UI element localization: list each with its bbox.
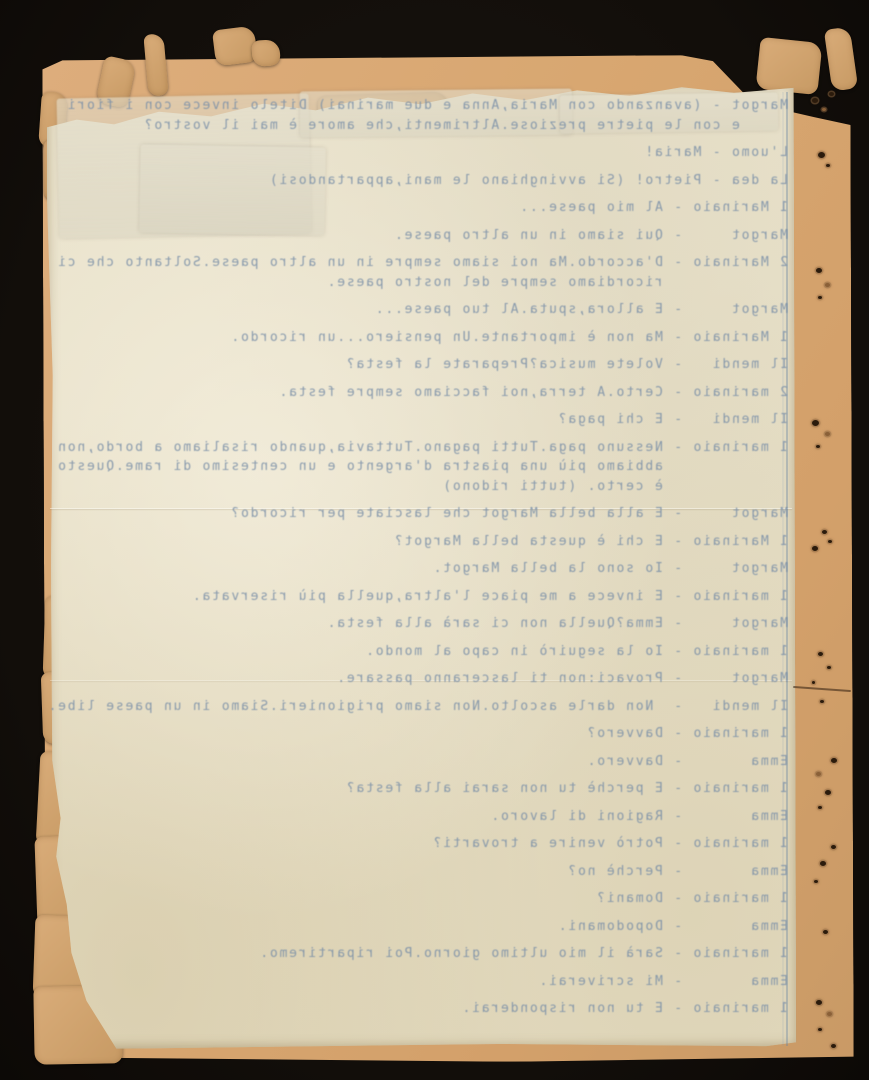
script-line: 1 marinaio - Nessuno paga.Tutti pagano.T…: [52, 438, 788, 458]
script-line: Margot - Qui siamo in un altro paese.: [52, 226, 788, 246]
worm-hole: [816, 772, 821, 776]
worm-hole: [831, 1044, 836, 1048]
worm-hole: [812, 546, 818, 551]
worm-hole: [820, 861, 826, 866]
script-line: e con le pietre preziose.Altrimenti,che …: [52, 116, 788, 136]
worm-hole: [831, 845, 836, 849]
worm-hole: [825, 790, 831, 795]
script-line: 1 marinaio - E perchè tu non sarai alla …: [52, 779, 788, 799]
script-line: 2 marinaio - Certo.A terra,noi facciamo …: [52, 383, 788, 403]
worm-hole: [822, 530, 827, 534]
script-line: ricordiamo sempre del nostro paese.: [52, 273, 788, 293]
worm-hole: [818, 806, 822, 809]
script-line: Emma - Perchè no?: [52, 862, 788, 882]
worm-hole: [822, 108, 826, 111]
script-line: 1 Marinaio - E chi è questa bella Margot…: [52, 532, 788, 552]
script-line: 1 marinaio - Io la seguirò in capo al mo…: [52, 642, 788, 662]
script-line: 1 marinaio - Sarà il mio ultimo giorno.P…: [52, 944, 788, 964]
script-line: L'uomo - Maria!: [52, 143, 788, 163]
worm-hole: [812, 98, 818, 103]
worm-hole: [818, 296, 822, 299]
script-line: Emma - Ragioni di lavoro.: [52, 807, 788, 827]
worm-hole: [818, 652, 823, 656]
worm-hole: [831, 758, 837, 763]
worm-hole: [827, 1012, 832, 1016]
worm-hole: [812, 681, 815, 684]
script-line: Margot - Emma?Quella non ci sarà alla fe…: [52, 614, 788, 634]
script-line: 1 marinaio - Davvero?: [52, 724, 788, 744]
script-line: 1 marinaio - Potrò venire a trovarti?: [52, 834, 788, 854]
script-line: La dea - Pietro! (Si avvinghiano le mani…: [52, 171, 788, 191]
paper-fragment: [251, 39, 280, 66]
worm-hole: [818, 152, 825, 158]
worm-hole: [826, 164, 830, 167]
worm-hole: [818, 1028, 822, 1031]
worm-hole: [816, 268, 822, 273]
script-line: Margot - (avanzando con Maria,Anna e due…: [52, 96, 788, 116]
script-line: è certo. (tutti ridono): [52, 477, 788, 497]
script-line: 1 marinaio - E invece a me piace l'altra…: [52, 587, 788, 607]
paper-fragment: [143, 33, 168, 97]
worm-hole: [825, 432, 830, 436]
script-line: abbiamo più una piastra d'argento e un c…: [52, 457, 788, 477]
script-line: Margot - E allora,sputa.Al tuo paese...: [52, 300, 788, 320]
worm-hole: [829, 92, 834, 96]
worm-hole: [825, 283, 830, 287]
paper-fragment: [824, 26, 858, 91]
worm-hole: [820, 700, 824, 703]
script-line: 1 marinaio - Domani?: [52, 889, 788, 909]
script-line: Margot - Io sono la bella Margot.: [52, 559, 788, 579]
script-line: 1 Marinaio - Al mio paese...: [52, 198, 788, 218]
script-line: Il mendi - Volete musica?Preparate la fe…: [52, 355, 788, 375]
script-line: Margot - E alla bella Margot che lasciat…: [52, 504, 788, 524]
script-line: 2 Marinaio - D'accordo.Ma noi siamo semp…: [52, 253, 788, 273]
script-line: Il mendi - E chi paga?: [52, 410, 788, 430]
scene: Margot - (avanzando con Maria,Anna e due…: [0, 0, 869, 1080]
paper-fragment: [755, 37, 822, 95]
script-line: Il mendi - Non darle ascolto.Non siamo p…: [52, 697, 788, 717]
worm-hole: [816, 445, 820, 448]
worm-hole: [828, 540, 832, 543]
worm-hole: [823, 930, 828, 934]
worm-hole: [816, 1000, 822, 1005]
script-line: Emma - Mi scriverai.: [52, 972, 788, 992]
worm-hole: [814, 880, 818, 883]
script-line: 1 Marinaio - Ma non è importante.Un pens…: [52, 328, 788, 348]
script-line: Emma - Dopodomani.: [52, 917, 788, 937]
script-line: Margot - Provaci:non ti lasceranno passa…: [52, 669, 788, 689]
worm-hole: [827, 666, 831, 669]
script-line: 1 marinaio - E tu non risponderai.: [52, 999, 788, 1019]
script-text: Margot - (avanzando con Maria,Anna e due…: [52, 96, 788, 1019]
script-line: Emma - Davvero.: [52, 752, 788, 772]
worm-hole: [812, 420, 819, 426]
